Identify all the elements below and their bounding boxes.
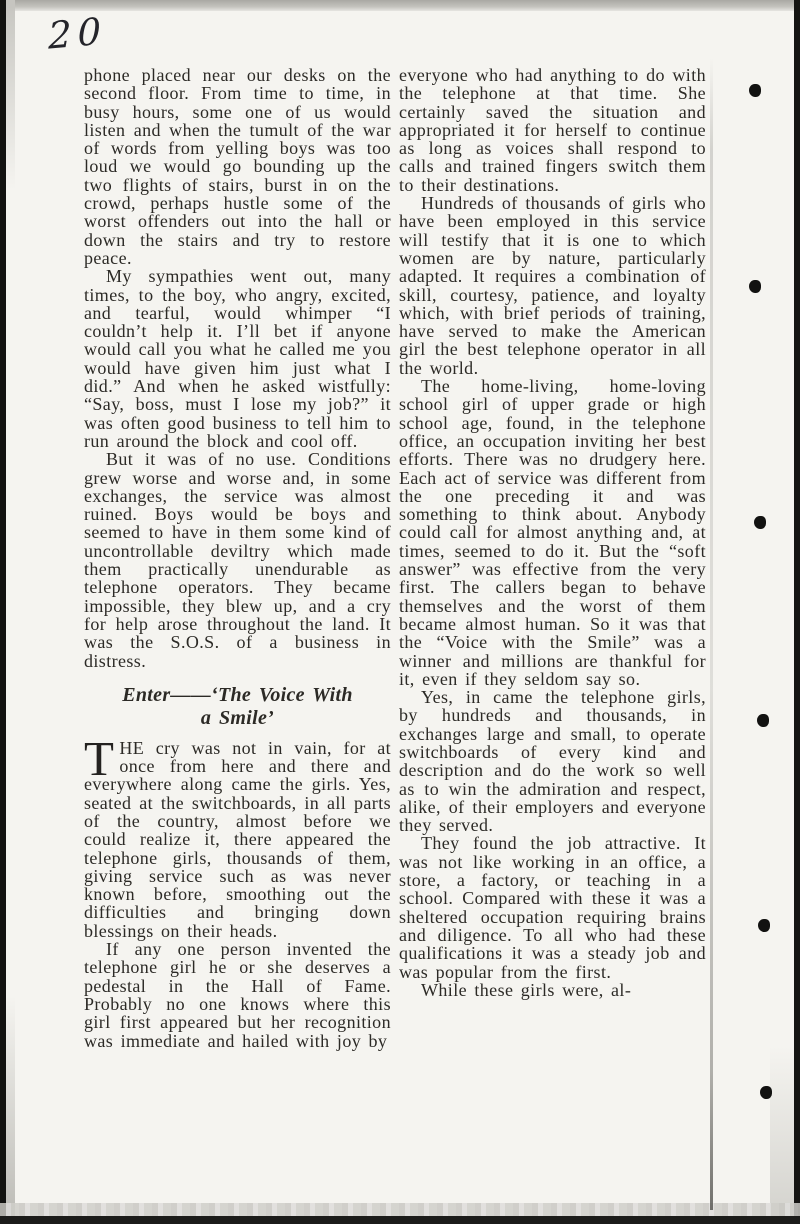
scan-edge-bottom bbox=[0, 1216, 800, 1224]
dropcap-letter: T bbox=[84, 739, 119, 775]
ink-mark bbox=[749, 280, 761, 293]
section-heading: Enter——‘The Voice With a Smile’ bbox=[84, 684, 391, 730]
scan-speckle-bottom bbox=[0, 1203, 800, 1216]
page-crease-line bbox=[710, 58, 713, 1210]
scan-edge-top bbox=[0, 0, 800, 11]
paragraph: phone placed near our desks on the secon… bbox=[84, 66, 391, 267]
ink-mark bbox=[758, 919, 770, 932]
ink-mark bbox=[760, 1086, 772, 1099]
paragraph: My sympathies went out, many times, to t… bbox=[84, 267, 391, 450]
ink-mark bbox=[749, 84, 761, 97]
scan-speckle-bottom-left bbox=[6, 996, 15, 1216]
right-column: everyone who had anything to do with the… bbox=[399, 66, 706, 1050]
paragraph: The home-living, home-loving school girl… bbox=[399, 377, 706, 688]
paragraph-text: HE cry was not in vain, for at once from… bbox=[84, 738, 391, 941]
scan-edge-right bbox=[794, 0, 800, 1224]
paragraph: If any one person invented the telephone… bbox=[84, 940, 391, 1050]
paragraph: While these girls were, al- bbox=[399, 981, 706, 999]
paragraph: everyone who had anything to do with the… bbox=[399, 66, 706, 194]
article-body: phone placed near our desks on the secon… bbox=[84, 66, 706, 1050]
scan-speckle-top-left bbox=[6, 0, 15, 190]
scanned-document-page: 20 phone placed near our desks on the se… bbox=[0, 0, 800, 1224]
paragraph: But it was of no use. Conditions grew wo… bbox=[84, 450, 391, 670]
paragraph: Yes, in came the telephone girls, by hun… bbox=[399, 688, 706, 834]
section-heading-line1: Enter——‘The Voice With bbox=[122, 684, 353, 706]
scan-speckle-bottom-right bbox=[770, 1046, 794, 1216]
ink-mark bbox=[754, 516, 766, 529]
paragraph-with-dropcap: THE cry was not in vain, for at once fro… bbox=[84, 739, 391, 940]
paragraph: They found the job attractive. It was no… bbox=[399, 834, 706, 980]
ink-mark bbox=[757, 714, 769, 727]
section-heading-line2: a Smile’ bbox=[201, 707, 274, 729]
handwritten-page-number: 20 bbox=[48, 9, 108, 57]
paragraph: Hundreds of thousands of girls who have … bbox=[399, 194, 706, 377]
left-column: phone placed near our desks on the secon… bbox=[84, 66, 391, 1050]
